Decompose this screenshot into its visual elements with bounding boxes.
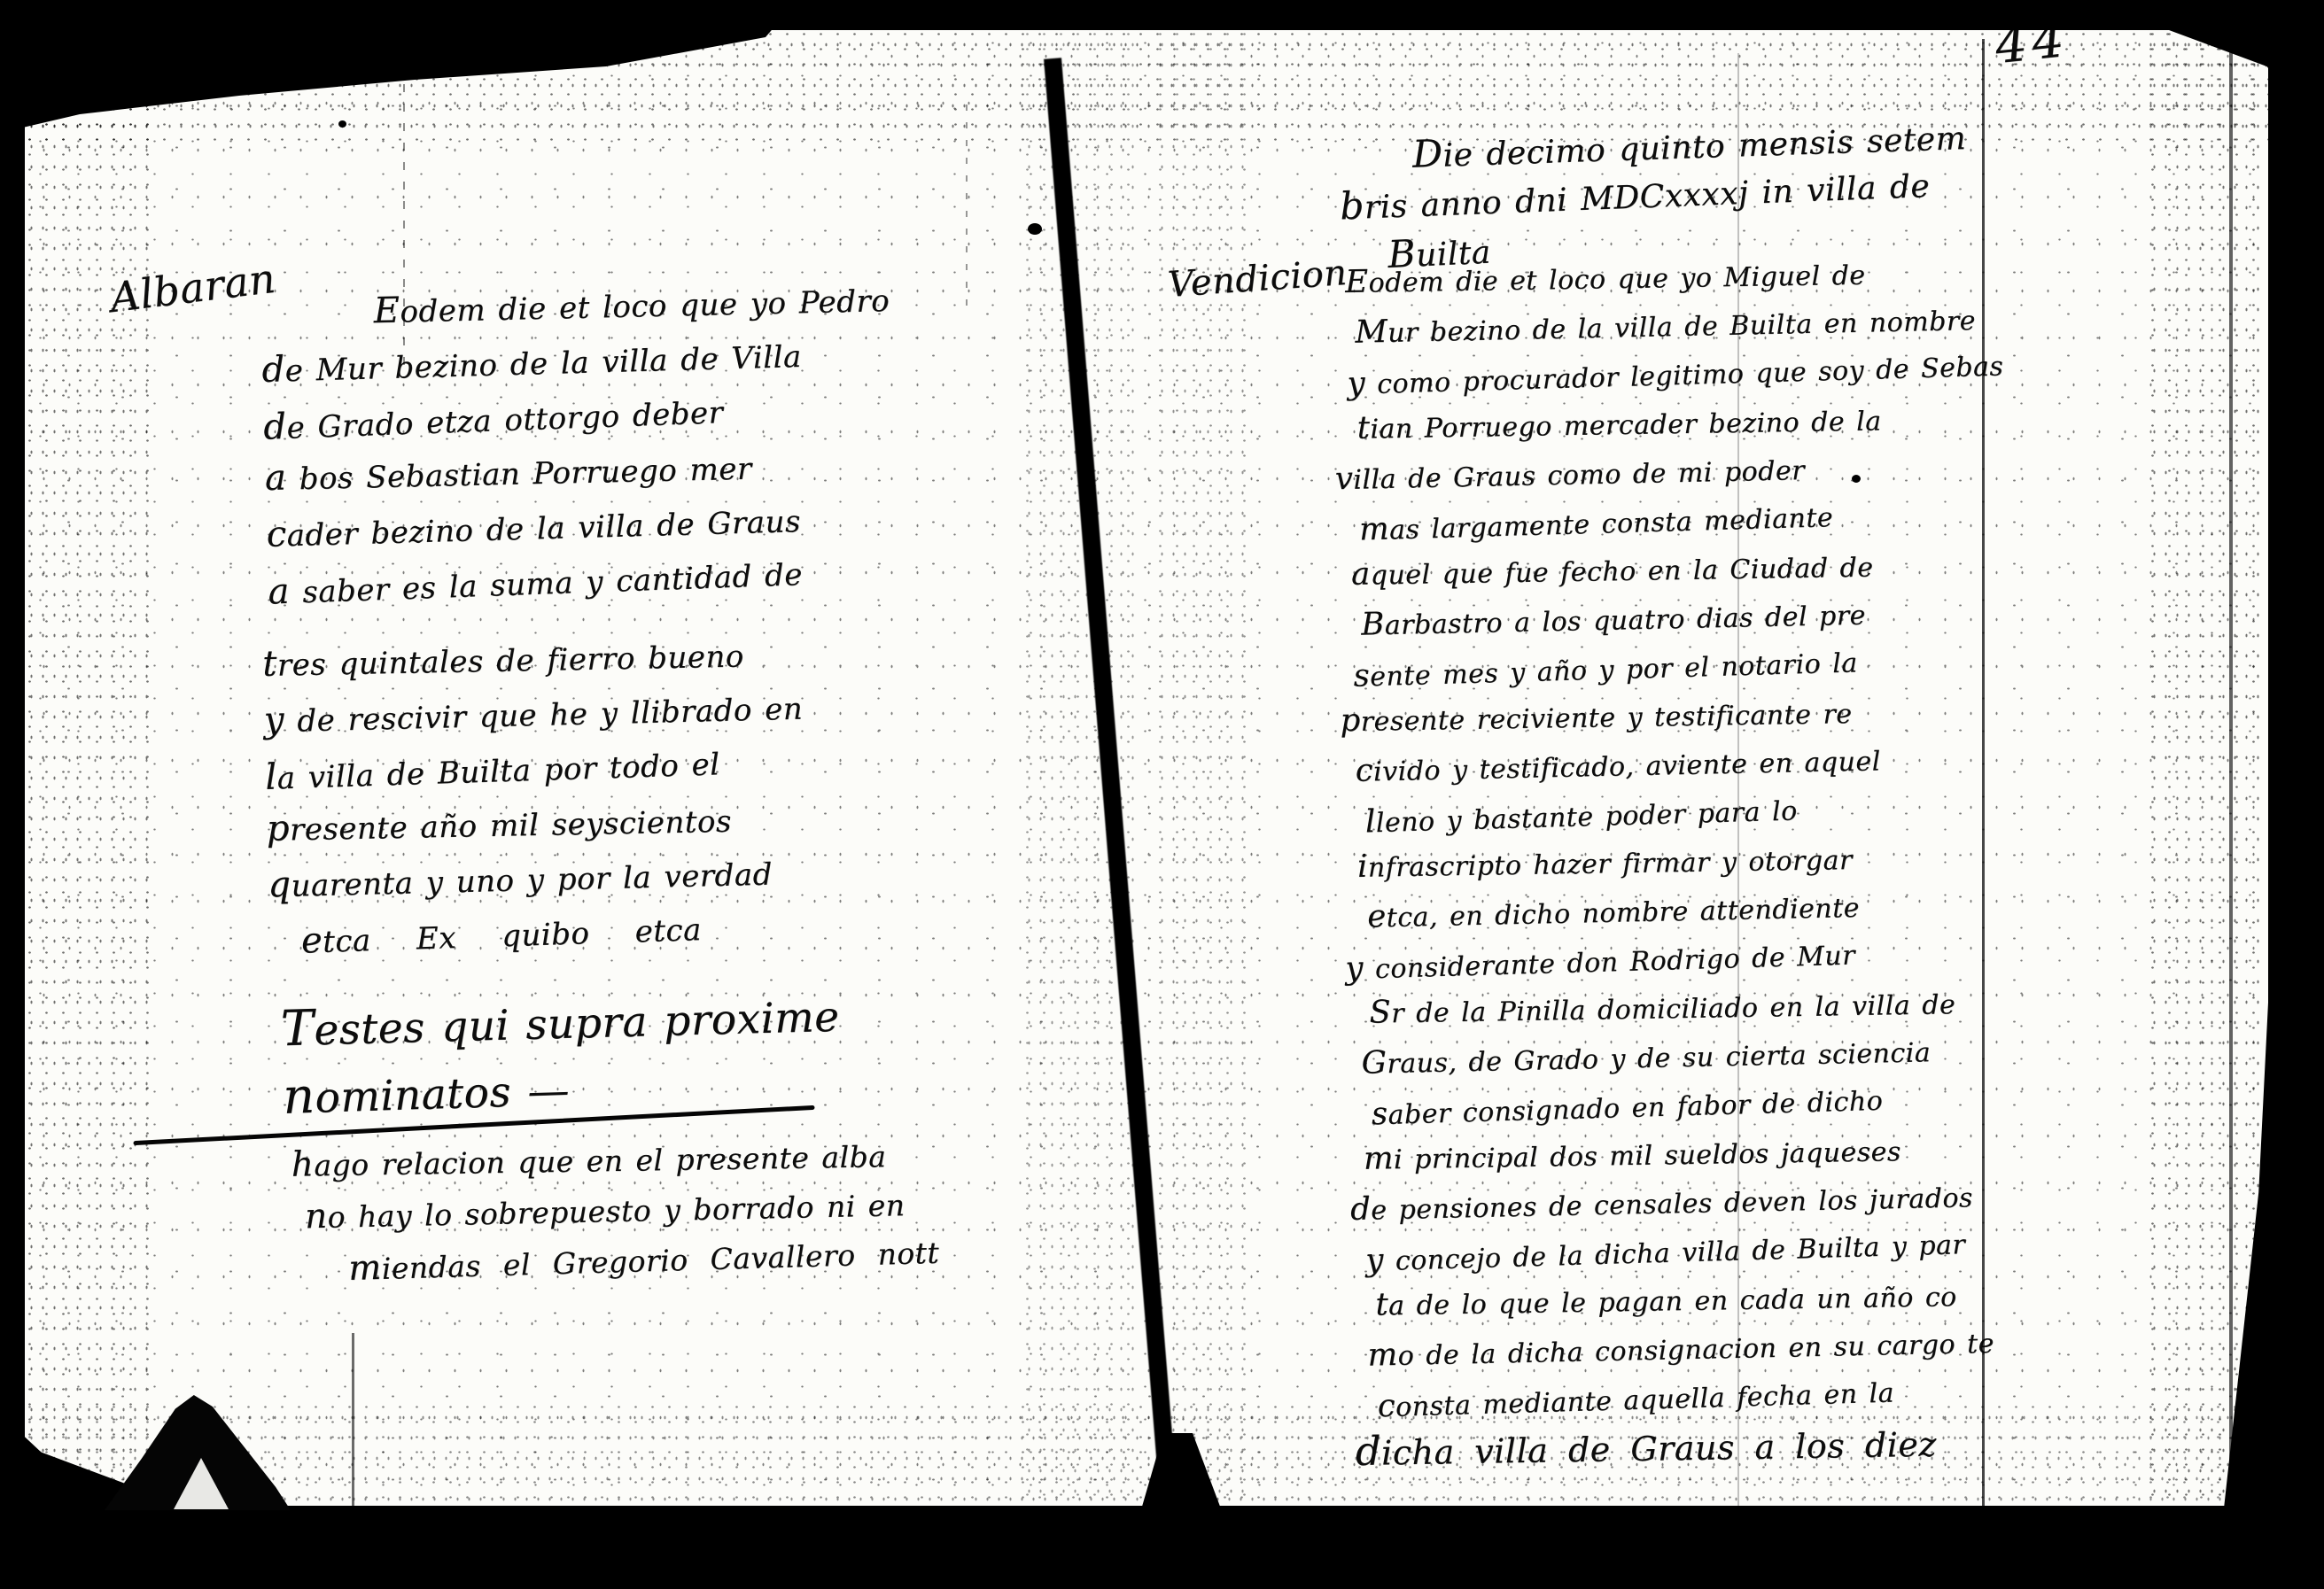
ink-blot [1852, 475, 1861, 483]
fold-crease-line [966, 105, 968, 308]
handwritten-line: aquel que fue fecho en la Ciudad de [1351, 540, 2009, 600]
manuscript-scan: Albaran Eodem die et loco que yo Pedrode… [0, 0, 2324, 1589]
right-body-paragraph: Eodem die et loco que yo Miguel deMur be… [1345, 246, 2027, 1478]
scan-edge-left [0, 0, 25, 1589]
handwritten-line: infrascripto hazer firmar y otorgar [1357, 833, 2015, 892]
handwritten-line: presente año mil seyscientos [266, 792, 806, 857]
handwritten-line: ta de lo que le pagan en cada un año co [1375, 1271, 2024, 1329]
handwritten-line: Eodem die et loco que yo Miguel de [1345, 248, 2002, 307]
handwritten-line: tian Porruego mercader bezino de la [1356, 394, 2005, 453]
ink-blot [1028, 223, 1042, 235]
fold-crease-line [403, 84, 405, 376]
fold-crease-line [1737, 53, 1739, 1506]
handwritten-line: hago relacion que en el presente alba [291, 1130, 937, 1190]
handwritten-line: dicha villa de Graus a los diez [1355, 1417, 2026, 1477]
left-amount-paragraph: tres quintales de fierro buenoy de resci… [262, 626, 809, 969]
ink-blot [338, 120, 346, 128]
fold-crease-line [2229, 0, 2233, 1589]
left-notary-note: hago relacion que en el presente albano … [291, 1128, 939, 1293]
fold-crease-line [1982, 39, 1985, 1527]
handwritten-line: Sr de la Pinilla domiciliado en la villa… [1369, 979, 2017, 1037]
handwritten-line: tres quintales de fierro bueno [262, 627, 803, 693]
left-entry-paragraph: Eodem die et loco que yo Pedrode Mur bez… [260, 271, 898, 618]
fold-crease-line [352, 1333, 354, 1506]
handwritten-line: mi principal dos mil sueldos jaqueses [1364, 1125, 2021, 1184]
